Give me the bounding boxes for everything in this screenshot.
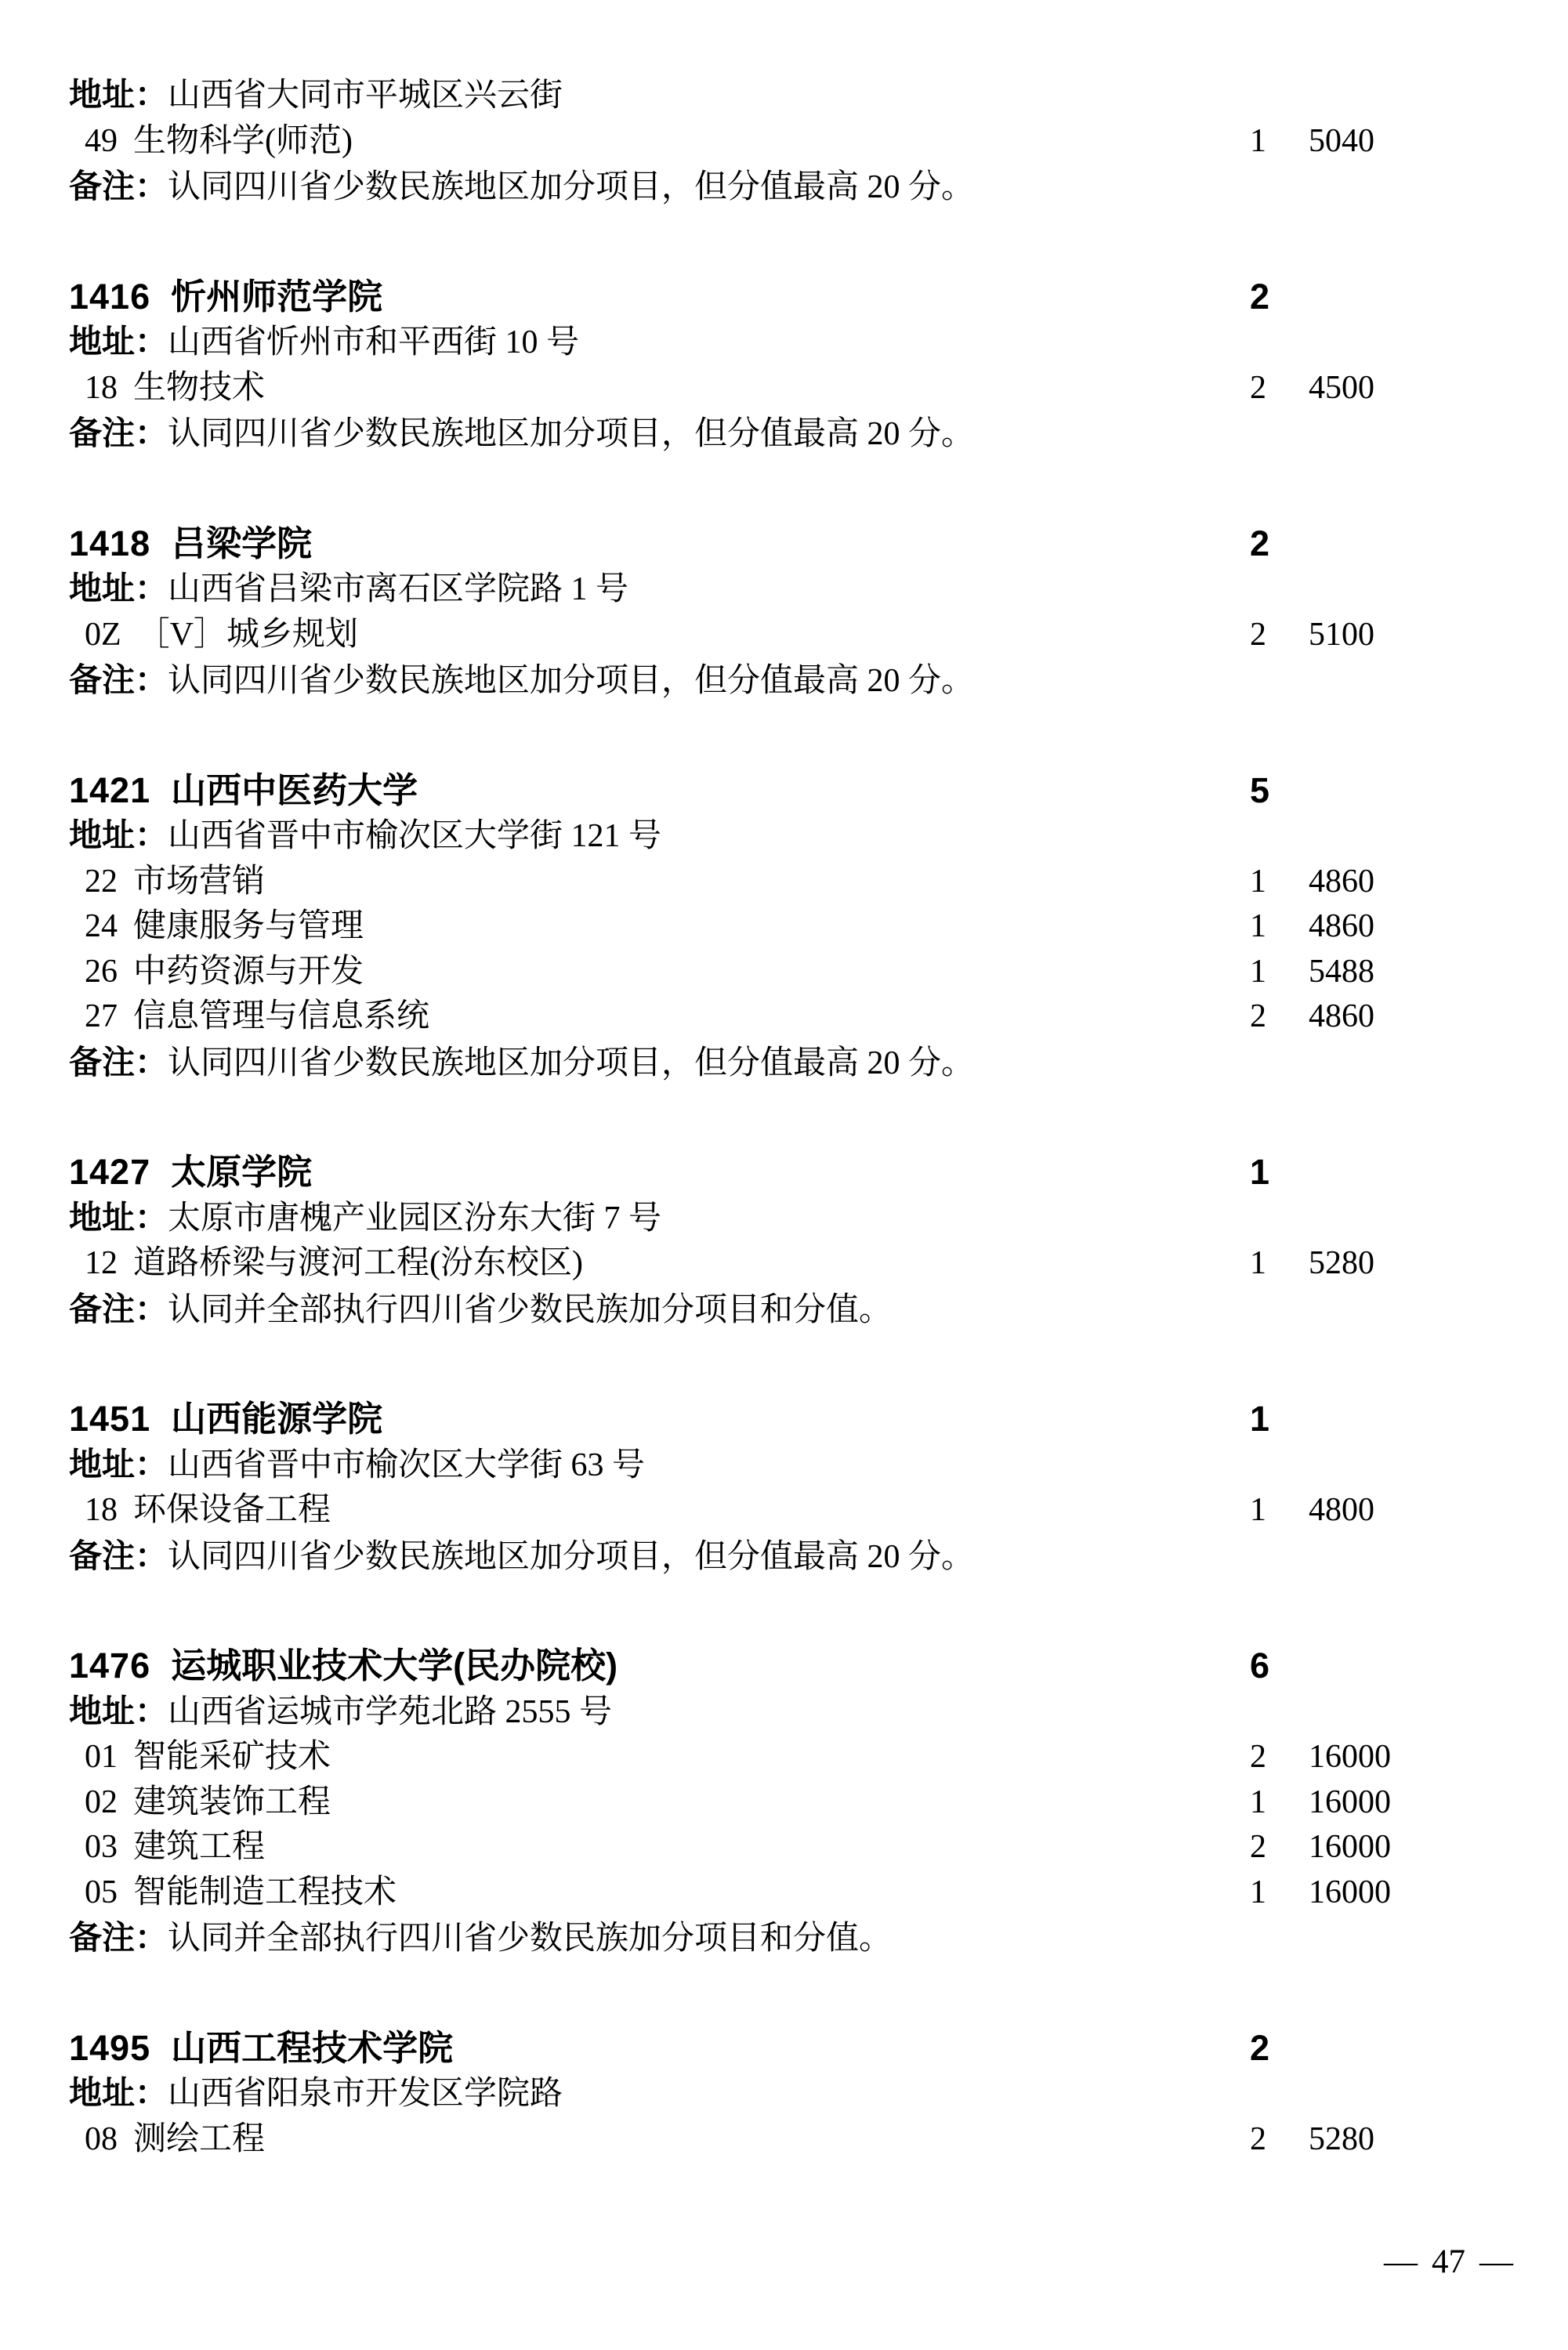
- remark-text: 备注：认同四川省少数民族地区加分项目，但分值最高 20 分。: [69, 1533, 1250, 1581]
- major-plan-count: 2: [1250, 2117, 1309, 2163]
- university-header-text: 1421山西中医药大学: [69, 768, 1250, 813]
- major-plan-count: 2: [1250, 613, 1309, 658]
- address-row: 地址：山西省忻州市和平西街 10 号: [69, 319, 1568, 366]
- major-name: 生物技术: [133, 370, 265, 406]
- major-code: 01: [85, 1739, 118, 1775]
- major-fee: 4860: [1309, 994, 1568, 1040]
- remark-label: 备注：: [69, 168, 168, 205]
- university-code: 1476: [69, 1646, 150, 1686]
- address-row: 地址：山西省阳泉市开发区学院路: [69, 2070, 1568, 2117]
- university-section: 1476运城职业技术大学(民办院校)6地址：山西省运城市学苑北路 2555 号0…: [69, 1643, 1568, 1962]
- university-plan-count: 2: [1250, 521, 1309, 567]
- count-cell-empty: [1250, 1915, 1309, 1962]
- major-name: 智能采矿技术: [133, 1739, 331, 1775]
- university-code: 1451: [69, 1399, 150, 1439]
- fee-cell-empty: [1309, 1195, 1568, 1242]
- address-row: 地址：山西省晋中市榆次区大学街 63 号: [69, 1442, 1568, 1489]
- major-code: 03: [85, 1829, 118, 1865]
- fee-cell-empty: [1309, 274, 1568, 320]
- university-section: 1421山西中医药大学5地址：山西省晋中市榆次区大学街 121 号22市场营销1…: [69, 768, 1568, 1087]
- count-cell-empty: [1250, 164, 1309, 211]
- university-plan-count: 2: [1250, 274, 1309, 320]
- major-fee: 16000: [1309, 1780, 1568, 1826]
- count-cell-empty: [1250, 566, 1309, 613]
- major-row: 08测绘工程25280: [69, 2117, 1568, 2163]
- address-value: 山西省运城市学苑北路 2555 号: [168, 1694, 612, 1730]
- major-plan-count: 1: [1250, 119, 1309, 165]
- major-fee: 4800: [1309, 1488, 1568, 1533]
- address-label: 地址：: [69, 76, 168, 113]
- major-code: 05: [85, 1874, 118, 1910]
- fee-cell-empty: [1309, 1533, 1568, 1581]
- university-header-text: 1451山西能源学院: [69, 1396, 1250, 1442]
- count-cell-empty: [1250, 1533, 1309, 1581]
- address-text: 地址：山西省忻州市和平西街 10 号: [69, 319, 1250, 366]
- university-name: 太原学院: [171, 1152, 312, 1192]
- count-cell-empty: [1250, 1689, 1309, 1736]
- major-code: 18: [85, 370, 118, 406]
- count-cell-empty: [1250, 1040, 1309, 1087]
- remark-label: 备注：: [69, 1291, 168, 1327]
- university-section: 1418吕梁学院2地址：山西省吕梁市离石区学院路 1 号0Z［V］城乡规划251…: [69, 521, 1568, 704]
- major-code: 27: [85, 998, 118, 1034]
- remark-row: 备注：认同并全部执行四川省少数民族加分项目和分值。: [69, 1915, 1568, 1962]
- major-code: 22: [85, 864, 118, 900]
- fee-cell-empty: [1309, 813, 1568, 860]
- content-area: 地址：山西省大同市平城区兴云街49生物科学(师范)15040备注：认同四川省少数…: [69, 72, 1568, 2162]
- address-row: 地址：山西省大同市平城区兴云街: [69, 72, 1568, 119]
- major-text: 18环保设备工程: [69, 1488, 1250, 1533]
- fee-cell-empty: [1309, 1287, 1568, 1334]
- major-code: 02: [85, 1784, 118, 1820]
- university-name: 山西工程技术学院: [171, 2028, 453, 2068]
- major-text: 24健康服务与管理: [69, 904, 1250, 950]
- major-fee: 16000: [1309, 1735, 1568, 1780]
- major-fee: 16000: [1309, 1870, 1568, 1916]
- major-plan-count: 2: [1250, 1825, 1309, 1870]
- remark-value: 认同四川省少数民族地区加分项目，但分值最高 20 分。: [168, 169, 974, 205]
- major-plan-count: 2: [1250, 994, 1309, 1040]
- address-value: 山西省晋中市榆次区大学街 63 号: [168, 1447, 645, 1483]
- university-section: 1451山西能源学院1地址：山西省晋中市榆次区大学街 63 号18环保设备工程1…: [69, 1396, 1568, 1580]
- major-text: 03建筑工程: [69, 1825, 1250, 1870]
- university-name: 运城职业技术大学(民办院校): [171, 1646, 617, 1686]
- address-label: 地址：: [69, 1199, 168, 1236]
- remark-label: 备注：: [69, 661, 168, 698]
- major-code: 49: [85, 123, 118, 159]
- remark-text: 备注：认同四川省少数民族地区加分项目，但分值最高 20 分。: [69, 657, 1250, 704]
- fee-cell-empty: [1309, 319, 1568, 366]
- university-section: 1427太原学院1地址：太原市唐槐产业园区汾东大街 7 号12道路桥梁与渡河工程…: [69, 1150, 1568, 1333]
- address-text: 地址：山西省晋中市榆次区大学街 63 号: [69, 1442, 1250, 1489]
- university-section: 1495山西工程技术学院2地址：山西省阳泉市开发区学院路08测绘工程25280: [69, 2026, 1568, 2163]
- address-text: 地址：山西省晋中市榆次区大学街 121 号: [69, 813, 1250, 860]
- address-text: 地址：山西省吕梁市离石区学院路 1 号: [69, 566, 1250, 613]
- major-row: 05智能制造工程技术116000: [69, 1870, 1568, 1916]
- major-plan-count: 1: [1250, 860, 1309, 905]
- major-fee: 5280: [1309, 1241, 1568, 1287]
- university-section: 1416忻州师范学院2地址：山西省忻州市和平西街 10 号18生物技术24500…: [69, 274, 1568, 458]
- address-text: 地址：山西省运城市学苑北路 2555 号: [69, 1689, 1250, 1736]
- university-plan-count: 2: [1250, 2026, 1309, 2071]
- address-label: 地址：: [69, 323, 168, 360]
- major-fee: 5100: [1309, 613, 1568, 658]
- major-plan-count: 1: [1250, 1488, 1309, 1533]
- major-text: 02建筑装饰工程: [69, 1780, 1250, 1826]
- university-name: 山西中医药大学: [171, 770, 418, 810]
- remark-value: 认同四川省少数民族地区加分项目，但分值最高 20 分。: [168, 1045, 974, 1081]
- major-plan-count: 2: [1250, 1735, 1309, 1780]
- major-fee: 5040: [1309, 119, 1568, 165]
- university-code: 1416: [69, 277, 150, 317]
- major-name: 健康服务与管理: [133, 908, 364, 944]
- address-text: 地址：太原市唐槐产业园区汾东大街 7 号: [69, 1195, 1250, 1242]
- page-number: 47: [1432, 2243, 1465, 2280]
- university-plan-count: 5: [1250, 768, 1309, 813]
- major-text: 18生物技术: [69, 366, 1250, 411]
- address-value: 山西省忻州市和平西街 10 号: [168, 324, 579, 360]
- remark-label: 备注：: [69, 1044, 168, 1081]
- fee-cell-empty: [1309, 1442, 1568, 1489]
- major-fee: 5280: [1309, 2117, 1568, 2163]
- major-row: 01智能采矿技术216000: [69, 1735, 1568, 1780]
- remark-label: 备注：: [69, 415, 168, 451]
- remark-value: 认同四川省少数民族地区加分项目，但分值最高 20 分。: [168, 1539, 974, 1575]
- major-fee: 4500: [1309, 366, 1568, 411]
- major-code: 08: [85, 2121, 118, 2157]
- count-cell-empty: [1250, 1195, 1309, 1242]
- remark-value: 认同四川省少数民族地区加分项目，但分值最高 20 分。: [168, 416, 974, 452]
- remark-row: 备注：认同并全部执行四川省少数民族加分项目和分值。: [69, 1287, 1568, 1334]
- fee-cell-empty: [1309, 2070, 1568, 2117]
- major-name: 中药资源与开发: [133, 954, 364, 990]
- count-cell-empty: [1250, 1287, 1309, 1334]
- major-name: 建筑装饰工程: [133, 1784, 331, 1820]
- remark-value: 认同四川省少数民族地区加分项目，但分值最高 20 分。: [168, 663, 974, 699]
- address-value: 山西省大同市平城区兴云街: [168, 78, 563, 114]
- remark-text: 备注：认同并全部执行四川省少数民族加分项目和分值。: [69, 1287, 1250, 1334]
- fee-cell-empty: [1309, 657, 1568, 704]
- university-header-row: 1427太原学院1: [69, 1150, 1568, 1195]
- major-name: 智能制造工程技术: [133, 1874, 397, 1910]
- address-value: 山西省阳泉市开发区学院路: [168, 2076, 563, 2112]
- sections-container: 地址：山西省大同市平城区兴云街49生物科学(师范)15040备注：认同四川省少数…: [69, 72, 1568, 2162]
- major-fee: 4860: [1309, 904, 1568, 950]
- count-cell-empty: [1250, 657, 1309, 704]
- major-row: 27信息管理与信息系统24860: [69, 994, 1568, 1040]
- major-text: 26中药资源与开发: [69, 950, 1250, 995]
- university-header-text: 1495山西工程技术学院: [69, 2026, 1250, 2071]
- university-name: 忻州师范学院: [171, 277, 382, 317]
- university-code: 1495: [69, 2028, 150, 2068]
- address-label: 地址：: [69, 1446, 168, 1483]
- address-value: 山西省吕梁市离石区学院路 1 号: [168, 571, 628, 607]
- university-plan-count: 1: [1250, 1150, 1309, 1195]
- major-text: 27信息管理与信息系统: [69, 994, 1250, 1040]
- remark-row: 备注：认同四川省少数民族地区加分项目，但分值最高 20 分。: [69, 164, 1568, 211]
- university-code: 1418: [69, 523, 150, 563]
- fee-cell-empty: [1309, 2026, 1568, 2071]
- fee-cell-empty: [1309, 1689, 1568, 1736]
- university-header-row: 1495山西工程技术学院2: [69, 2026, 1568, 2071]
- university-header-text: 1418吕梁学院: [69, 521, 1250, 567]
- major-code: 24: [85, 908, 118, 944]
- major-plan-count: 1: [1250, 1780, 1309, 1826]
- footer-dash-left: —: [1384, 2243, 1418, 2280]
- major-text: 49生物科学(师范): [69, 119, 1250, 165]
- remark-text: 备注：认同四川省少数民族地区加分项目，但分值最高 20 分。: [69, 411, 1250, 458]
- fee-cell-empty: [1309, 1040, 1568, 1087]
- major-plan-count: 1: [1250, 950, 1309, 995]
- major-name: 信息管理与信息系统: [133, 998, 429, 1034]
- address-row: 地址：山西省晋中市榆次区大学街 121 号: [69, 813, 1568, 860]
- major-text: 12道路桥梁与渡河工程(汾东校区): [69, 1241, 1250, 1287]
- fee-cell-empty: [1309, 164, 1568, 211]
- university-plan-count: 6: [1250, 1643, 1309, 1689]
- major-fee: 5488: [1309, 950, 1568, 995]
- major-name: 市场营销: [133, 864, 265, 900]
- major-name: 环保设备工程: [133, 1492, 331, 1528]
- major-fee: 16000: [1309, 1825, 1568, 1870]
- remark-text: 备注：认同四川省少数民族地区加分项目，但分值最高 20 分。: [69, 164, 1250, 211]
- university-header-row: 1476运城职业技术大学(民办院校)6: [69, 1643, 1568, 1689]
- major-text: 08测绘工程: [69, 2117, 1250, 2163]
- fee-cell-empty: [1309, 1150, 1568, 1195]
- major-name: 测绘工程: [133, 2121, 265, 2157]
- major-code: 18: [85, 1492, 118, 1528]
- address-value: 太原市唐槐产业园区汾东大街 7 号: [168, 1200, 661, 1237]
- university-name: 吕梁学院: [171, 523, 312, 563]
- major-text: 05智能制造工程技术: [69, 1870, 1250, 1916]
- major-fee: 4860: [1309, 860, 1568, 905]
- address-text: 地址：山西省阳泉市开发区学院路: [69, 2070, 1250, 2117]
- count-cell-empty: [1250, 72, 1309, 119]
- major-text: 01智能采矿技术: [69, 1735, 1250, 1780]
- count-cell-empty: [1250, 411, 1309, 458]
- fee-cell-empty: [1309, 768, 1568, 813]
- major-row: 26中药资源与开发15488: [69, 950, 1568, 995]
- fee-cell-empty: [1309, 1396, 1568, 1442]
- university-code: 1427: [69, 1152, 150, 1192]
- university-header-row: 1418吕梁学院2: [69, 521, 1568, 567]
- fee-cell-empty: [1309, 521, 1568, 567]
- footer-dash-right: —: [1479, 2243, 1513, 2280]
- count-cell-empty: [1250, 2070, 1309, 2117]
- university-name: 山西能源学院: [171, 1399, 382, 1439]
- address-label: 地址：: [69, 570, 168, 607]
- major-code: 26: [85, 954, 118, 990]
- remark-value: 认同并全部执行四川省少数民族加分项目和分值。: [168, 1292, 892, 1328]
- major-code: 0Z: [85, 617, 121, 653]
- university-header-row: 1421山西中医药大学5: [69, 768, 1568, 813]
- address-row: 地址：山西省运城市学苑北路 2555 号: [69, 1689, 1568, 1736]
- major-text: 22市场营销: [69, 860, 1250, 905]
- remark-text: 备注：认同并全部执行四川省少数民族加分项目和分值。: [69, 1915, 1250, 1962]
- major-name: 道路桥梁与渡河工程(汾东校区): [133, 1245, 583, 1281]
- university-header-text: 1476运城职业技术大学(民办院校): [69, 1643, 1250, 1689]
- address-label: 地址：: [69, 2074, 168, 2111]
- count-cell-empty: [1250, 1442, 1309, 1489]
- address-label: 地址：: [69, 817, 168, 853]
- major-row: 0Z［V］城乡规划25100: [69, 613, 1568, 658]
- remark-row: 备注：认同四川省少数民族地区加分项目，但分值最高 20 分。: [69, 411, 1568, 458]
- fee-cell-empty: [1309, 72, 1568, 119]
- major-text: 0Z［V］城乡规划: [69, 613, 1250, 658]
- remark-row: 备注：认同四川省少数民族地区加分项目，但分值最高 20 分。: [69, 1040, 1568, 1087]
- fee-cell-empty: [1309, 566, 1568, 613]
- major-row: 18环保设备工程14800: [69, 1488, 1568, 1533]
- address-row: 地址：太原市唐槐产业园区汾东大街 7 号: [69, 1195, 1568, 1242]
- remark-row: 备注：认同四川省少数民族地区加分项目，但分值最高 20 分。: [69, 657, 1568, 704]
- university-plan-count: 1: [1250, 1396, 1309, 1442]
- remark-text: 备注：认同四川省少数民族地区加分项目，但分值最高 20 分。: [69, 1040, 1250, 1087]
- major-plan-count: 1: [1250, 1870, 1309, 1916]
- major-row: 22市场营销14860: [69, 860, 1568, 905]
- major-name: 建筑工程: [133, 1829, 265, 1865]
- address-row: 地址：山西省吕梁市离石区学院路 1 号: [69, 566, 1568, 613]
- address-text: 地址：山西省大同市平城区兴云街: [69, 72, 1250, 119]
- university-header-row: 1451山西能源学院1: [69, 1396, 1568, 1442]
- university-header-row: 1416忻州师范学院2: [69, 274, 1568, 320]
- major-name: ［V］城乡规划: [137, 617, 358, 653]
- university-header-text: 1427太原学院: [69, 1150, 1250, 1195]
- major-name: 生物科学(师范): [133, 123, 353, 159]
- university-section: 地址：山西省大同市平城区兴云街49生物科学(师范)15040备注：认同四川省少数…: [69, 72, 1568, 211]
- remark-value: 认同并全部执行四川省少数民族加分项目和分值。: [168, 1921, 892, 1957]
- university-header-text: 1416忻州师范学院: [69, 274, 1250, 320]
- major-code: 12: [85, 1245, 118, 1281]
- university-code: 1421: [69, 770, 150, 810]
- address-value: 山西省晋中市榆次区大学街 121 号: [168, 818, 661, 854]
- fee-cell-empty: [1309, 1643, 1568, 1689]
- remark-label: 备注：: [69, 1919, 168, 1956]
- major-row: 03建筑工程216000: [69, 1825, 1568, 1870]
- count-cell-empty: [1250, 813, 1309, 860]
- major-row: 24健康服务与管理14860: [69, 904, 1568, 950]
- major-plan-count: 1: [1250, 904, 1309, 950]
- major-row: 49生物科学(师范)15040: [69, 119, 1568, 165]
- remark-row: 备注：认同四川省少数民族地区加分项目，但分值最高 20 分。: [69, 1533, 1568, 1581]
- major-row: 12道路桥梁与渡河工程(汾东校区)15280: [69, 1241, 1568, 1287]
- remark-label: 备注：: [69, 1537, 168, 1574]
- major-plan-count: 2: [1250, 366, 1309, 411]
- document-page: 地址：山西省大同市平城区兴云街49生物科学(师范)15040备注：认同四川省少数…: [0, 0, 1568, 2350]
- fee-cell-empty: [1309, 411, 1568, 458]
- count-cell-empty: [1250, 319, 1309, 366]
- major-row: 02建筑装饰工程116000: [69, 1780, 1568, 1826]
- fee-cell-empty: [1309, 1915, 1568, 1962]
- page-footer: —47—: [1384, 2240, 1513, 2284]
- major-plan-count: 1: [1250, 1241, 1309, 1287]
- major-row: 18生物技术24500: [69, 366, 1568, 411]
- address-label: 地址：: [69, 1693, 168, 1729]
